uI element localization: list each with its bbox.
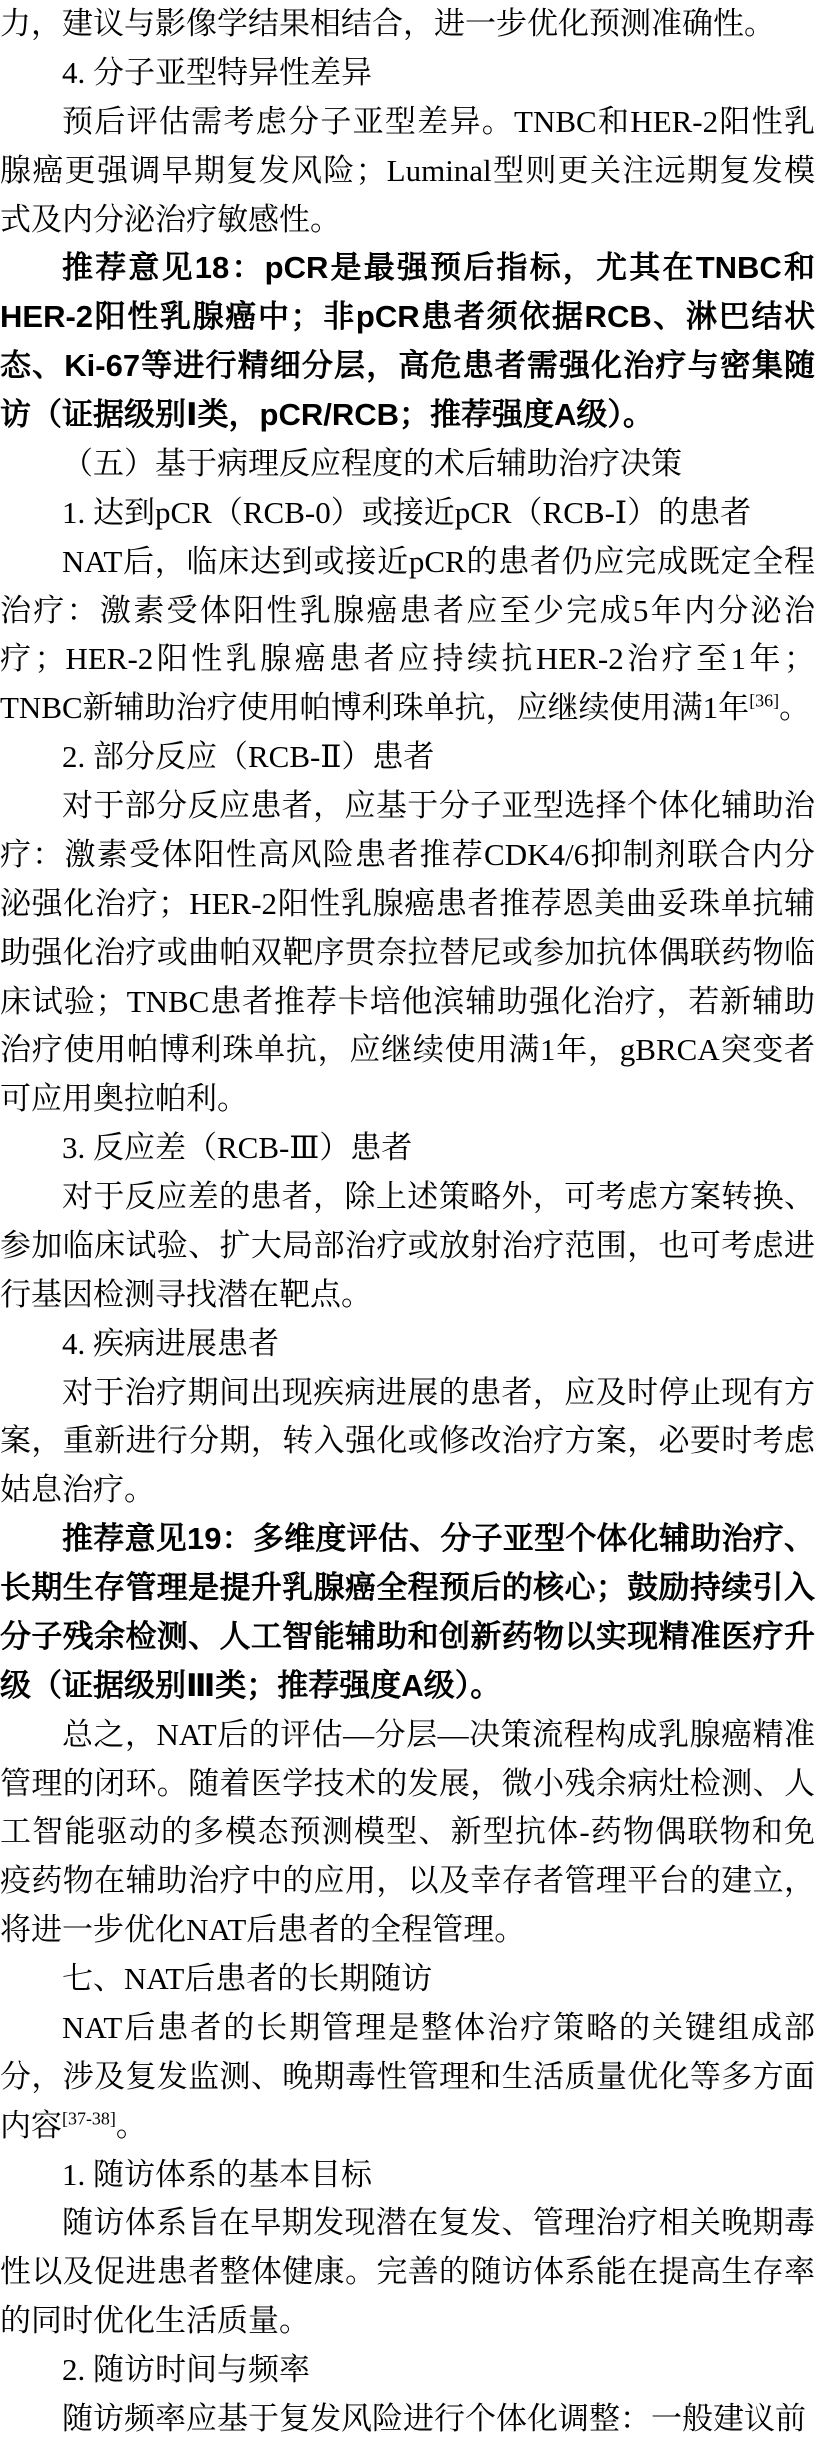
subheading-4-molecular-subtype-differences: 4. 分子亚型特异性差异: [0, 49, 815, 98]
citation-ref: [37-38]: [62, 2108, 116, 2128]
paragraph-followup-goals: 随访体系旨在早期发现潜在复发、管理治疗相关晚期毒性以及促进患者整体健康。完善的随…: [0, 2199, 815, 2346]
section-7-heading: 七、NAT后患者的长期随访: [0, 1955, 815, 2004]
paper-page: 力，建议与影像学结果相结合，进一步优化预测准确性。4. 分子亚型特异性差异预后评…: [0, 0, 815, 2444]
subheading-3-poor-response-patients: 3. 反应差（RCB-Ⅲ）患者: [0, 1124, 815, 1173]
subsection-5-heading: （五）基于病理反应程度的术后辅助治疗决策: [0, 440, 815, 489]
recommendation-18: 推荐意见18：pCR是最强预后指标，尤其在TNBC和HER-2阳性乳腺癌中；非p…: [0, 244, 815, 440]
paragraph-pcr-treatment: NAT后，临床达到或接近pCR的患者仍应完成既定全程治疗：激素受体阳性乳腺癌患者…: [0, 538, 815, 734]
citation-ref: [36]: [749, 691, 779, 711]
paragraph-summary: 总之，NAT后的评估—分层—决策流程构成乳腺癌精准管理的闭环。随着医学技术的发展…: [0, 1711, 815, 1955]
paragraph-prognosis-subtype: 预后评估需考虑分子亚型差异。TNBC和HER-2阳性乳腺癌更强调早期复发风险；L…: [0, 98, 815, 245]
paragraph-continuation: 力，建议与影像学结果相结合，进一步优化预测准确性。: [0, 0, 815, 49]
subheading-4-disease-progression-patients: 4. 疾病进展患者: [0, 1320, 815, 1369]
recommendation-19: 推荐意见19：多维度评估、分子亚型个体化辅助治疗、长期生存管理是提升乳腺癌全程预…: [0, 1515, 815, 1711]
subheading-2-followup-frequency: 2. 随访时间与频率: [0, 2346, 815, 2395]
paragraph-partial-response: 对于部分反应患者，应基于分子亚型选择个体化辅助治疗：激素受体阳性高风险患者推荐C…: [0, 782, 815, 1124]
paragraph-disease-progression: 对于治疗期间出现疾病进展的患者，应及时停止现有方案，重新进行分期，转入强化或修改…: [0, 1369, 815, 1516]
subheading-2-partial-response-patients: 2. 部分反应（RCB-Ⅱ）患者: [0, 733, 815, 782]
paragraph-poor-response: 对于反应差的患者，除上述策略外，可考虑方案转换、参加临床试验、扩大局部治疗或放射…: [0, 1173, 815, 1320]
subheading-1-pcr-or-near-pcr-patients: 1. 达到pCR（RCB-0）或接近pCR（RCB-Ⅰ）的患者: [0, 489, 815, 538]
paragraph-long-term-management: NAT后患者的长期管理是整体治疗策略的关键组成部分，涉及复发监测、晚期毒性管理和…: [0, 2004, 815, 2151]
text-column: 力，建议与影像学结果相结合，进一步优化预测准确性。4. 分子亚型特异性差异预后评…: [0, 0, 815, 2444]
subheading-1-followup-goals: 1. 随访体系的基本目标: [0, 2151, 815, 2200]
paragraph-followup-frequency: 随访频率应基于复发风险进行个体化调整：一般建议前: [0, 2395, 815, 2444]
